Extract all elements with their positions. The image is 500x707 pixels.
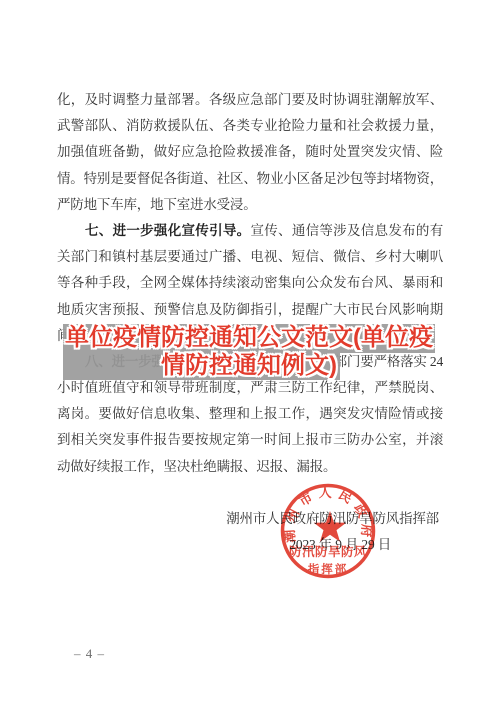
body-line: 关部门和镇村基层要通过广播、电视、短信、微信、乡村大喇叭 xyxy=(57,244,443,270)
body-line xyxy=(57,480,443,506)
body-line: 七、进一步强化宣传引导。宣传、通信等涉及信息发布的有 xyxy=(57,218,443,244)
body-line: 武警部队、消防救援队伍、各类专业抢险力量和社会救援力量， xyxy=(57,113,443,139)
body-line: 等各种手段，全网全媒体持续滚动密集向公众发布台风、暴雨和 xyxy=(57,270,443,296)
page-number: – 4 – xyxy=(74,646,105,662)
body-line: 化，及时调整力量部署。各级应急部门要及时协调驻潮解放军、 xyxy=(57,87,443,113)
signature-line: 潮州市人民政府防汛防旱防风指挥部 xyxy=(57,506,443,532)
title-overlay: 单位疫情防控通知公文范文(单位疫 情防控通知例文) xyxy=(63,324,435,379)
date-line: 2023 年 9 月 29 日 xyxy=(57,532,443,558)
body-line: 加强值班备勤，做好应急抢险救援准备，随时处置突发灾情、险 xyxy=(57,139,443,165)
document-page: 化，及时调整力量部署。各级应急部门要及时协调驻潮解放军、武警部队、消防救援队伍、… xyxy=(0,0,500,707)
official-seal: 潮州市人民政府 防汛防旱防风 指挥部 xyxy=(280,483,376,579)
seal-center-text-1: 防汛防旱防风 xyxy=(289,544,367,559)
body-line: 动做好续报工作，坚决杜绝瞒报、迟报、漏报。 xyxy=(57,454,443,480)
body-line: 离岗。要做好信息收集、整理和上报工作，遇突发灾情险情或接 xyxy=(57,401,443,427)
body-line: 严防地下车库，地下室进水受浸。 xyxy=(57,192,443,218)
body-line: 到相关突发事件报告要按规定第一时间上报市三防办公室，并滚 xyxy=(57,427,443,453)
seal-star-icon xyxy=(314,511,346,542)
body-line: 情。特别是要督促各街道、社区、物业小区备足沙包等封堵物资， xyxy=(57,166,443,192)
body-line: 地质灾害预报、预警信息及防御指引，提醒广大市民台风影响期 xyxy=(57,297,443,323)
seal-center-text-2: 指挥部 xyxy=(307,562,349,576)
body-text: 化，及时调整力量部署。各级应急部门要及时协调驻潮解放军、武警部队、消防救援队伍、… xyxy=(57,87,443,558)
overlay-title-line-1: 单位疫情防控通知公文范文(单位疫 xyxy=(63,324,435,352)
overlay-title-line-2: 情防控通知例文) xyxy=(63,352,435,380)
body-lines: 化，及时调整力量部署。各级应急部门要及时协调驻潮解放军、武警部队、消防救援队伍、… xyxy=(57,87,443,506)
